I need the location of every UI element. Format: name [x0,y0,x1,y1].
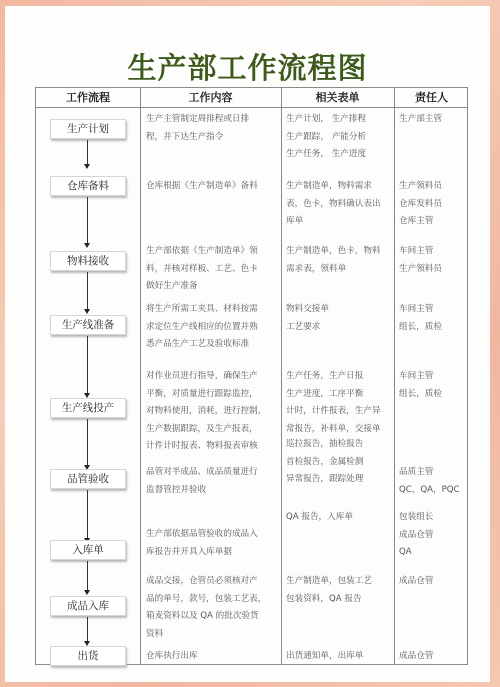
flow-connector [87,140,88,165]
header-content: 工作内容 [140,88,281,108]
forms-cell: 巡拉报告，抽检报告 首检报告，金属检测 异常报告，跟踪处理 [286,436,363,489]
flow-connector [87,617,88,642]
arrow-down-icon [84,164,90,169]
owner-cell: 车间主管 生产领料员 [399,243,442,278]
forms-cell: 生产制造单，色卡，物料 需求表，领料单 [286,243,381,278]
owner-cell: 包装组长 成品仓管 QA [399,509,433,562]
forms-cell: 生产计划， 生产排程 生产跟踪， 产能分析 生产任务， 生产进度 [286,111,366,164]
content-cell: 仓库执行出库 [146,648,198,666]
flow-step-finished-goods-in: 成品入库 [50,596,126,616]
owner-cell: 品质主管 QC，QA，PQC [399,464,460,499]
arrow-down-icon [84,243,90,248]
content-cell: 生产部依据《生产制造单》领 料，并核对样板、工艺、色卡 做好生产准备 [146,243,258,296]
column-divider [140,88,141,664]
table-header: 工作流程 工作内容 相关表单 责任人 [36,88,467,108]
owner-cell: 车间主管 组长，质检 [399,368,442,403]
flow-step-shipment: 出货 [50,646,126,666]
content-cell: 仓库根据《生产制造单》备料 [146,178,258,196]
flow-connector [87,197,88,244]
flow-step-warehouse-prep: 仓库备料 [50,176,126,196]
flow-step-stock-in-slip: 入库单 [50,540,126,560]
flow-step-qc-inspection: 品管验收 [50,469,126,489]
content-cell: 生产主管制定周排程或日排 程，并下达生产指令 [146,111,249,146]
forms-cell: QA 报告，入库单 [286,509,353,527]
document-card: 生产部工作流程图 工作流程 工作内容 相关表单 责任人 生产计划 生产主管制定周… [5,6,490,682]
column-divider [281,88,282,664]
flow-step-line-prep: 生产线准备 [50,315,126,335]
forms-cell: 出货通知单，出库单 [286,648,363,666]
flow-step-line-production: 生产线投产 [50,398,126,418]
content-cell: 成品交接，仓管员必须核对产 品的单号，款号，包装工艺表， 箱麦资料以及 QA 的… [146,573,266,643]
forms-cell: 生产制造单，包装工艺 包装资料，QA 报告 [286,573,372,608]
arrow-down-icon [84,309,90,314]
content-cell: 品管对半成品、成品质量进行 监督管控并验收 [146,464,258,499]
content-cell: 生产部依据品管验收的成品入 库报告并开具入库单据 [146,526,258,561]
header-owner: 责任人 [394,88,469,108]
flow-connector [87,272,88,310]
column-divider [394,88,395,664]
forms-cell: 生产制造单，物料需求 表，色卡，物料确认表出 库单 [286,178,381,231]
owner-cell: 车间主管 组长，质检 [399,301,442,336]
workflow-table: 工作流程 工作内容 相关表单 责任人 生产计划 生产主管制定周排程或日排 程，并… [35,87,468,665]
content-cell: 将生产所需工夹具、材料按需 求定位生产线相应的位置并熟 悉产品生产工艺及验收标准 [146,301,258,354]
flow-connector [87,419,88,466]
flow-connector [87,490,88,539]
owner-cell: 生产领料员 仓库发料员 仓库主管 [399,178,442,231]
content-cell: 对作业员进行指导，确保生产 平衡，对质量进行跟踪监控， 对物料使用，消耗，进行控… [146,368,266,456]
header-forms: 相关表单 [281,88,394,108]
flow-step-production-plan: 生产计划 [50,119,126,139]
flow-connector [87,561,88,591]
page-title: 生产部工作流程图 [5,46,490,87]
owner-cell: 成品仓管 [399,648,433,666]
forms-cell: 物料交接单 工艺要求 [286,301,329,336]
header-workflow: 工作流程 [36,88,140,108]
owner-cell: 成品仓管 [399,573,433,591]
forms-cell: 生产任务，生产日报 生产进度，工序平衡 计时，计件报表，生产异 常报告，补料单，… [286,368,381,438]
owner-cell: 生产部主管 [399,111,442,129]
flow-connector [87,336,88,394]
flow-step-material-receive: 物料接收 [50,251,126,271]
arrow-down-icon [84,590,90,595]
